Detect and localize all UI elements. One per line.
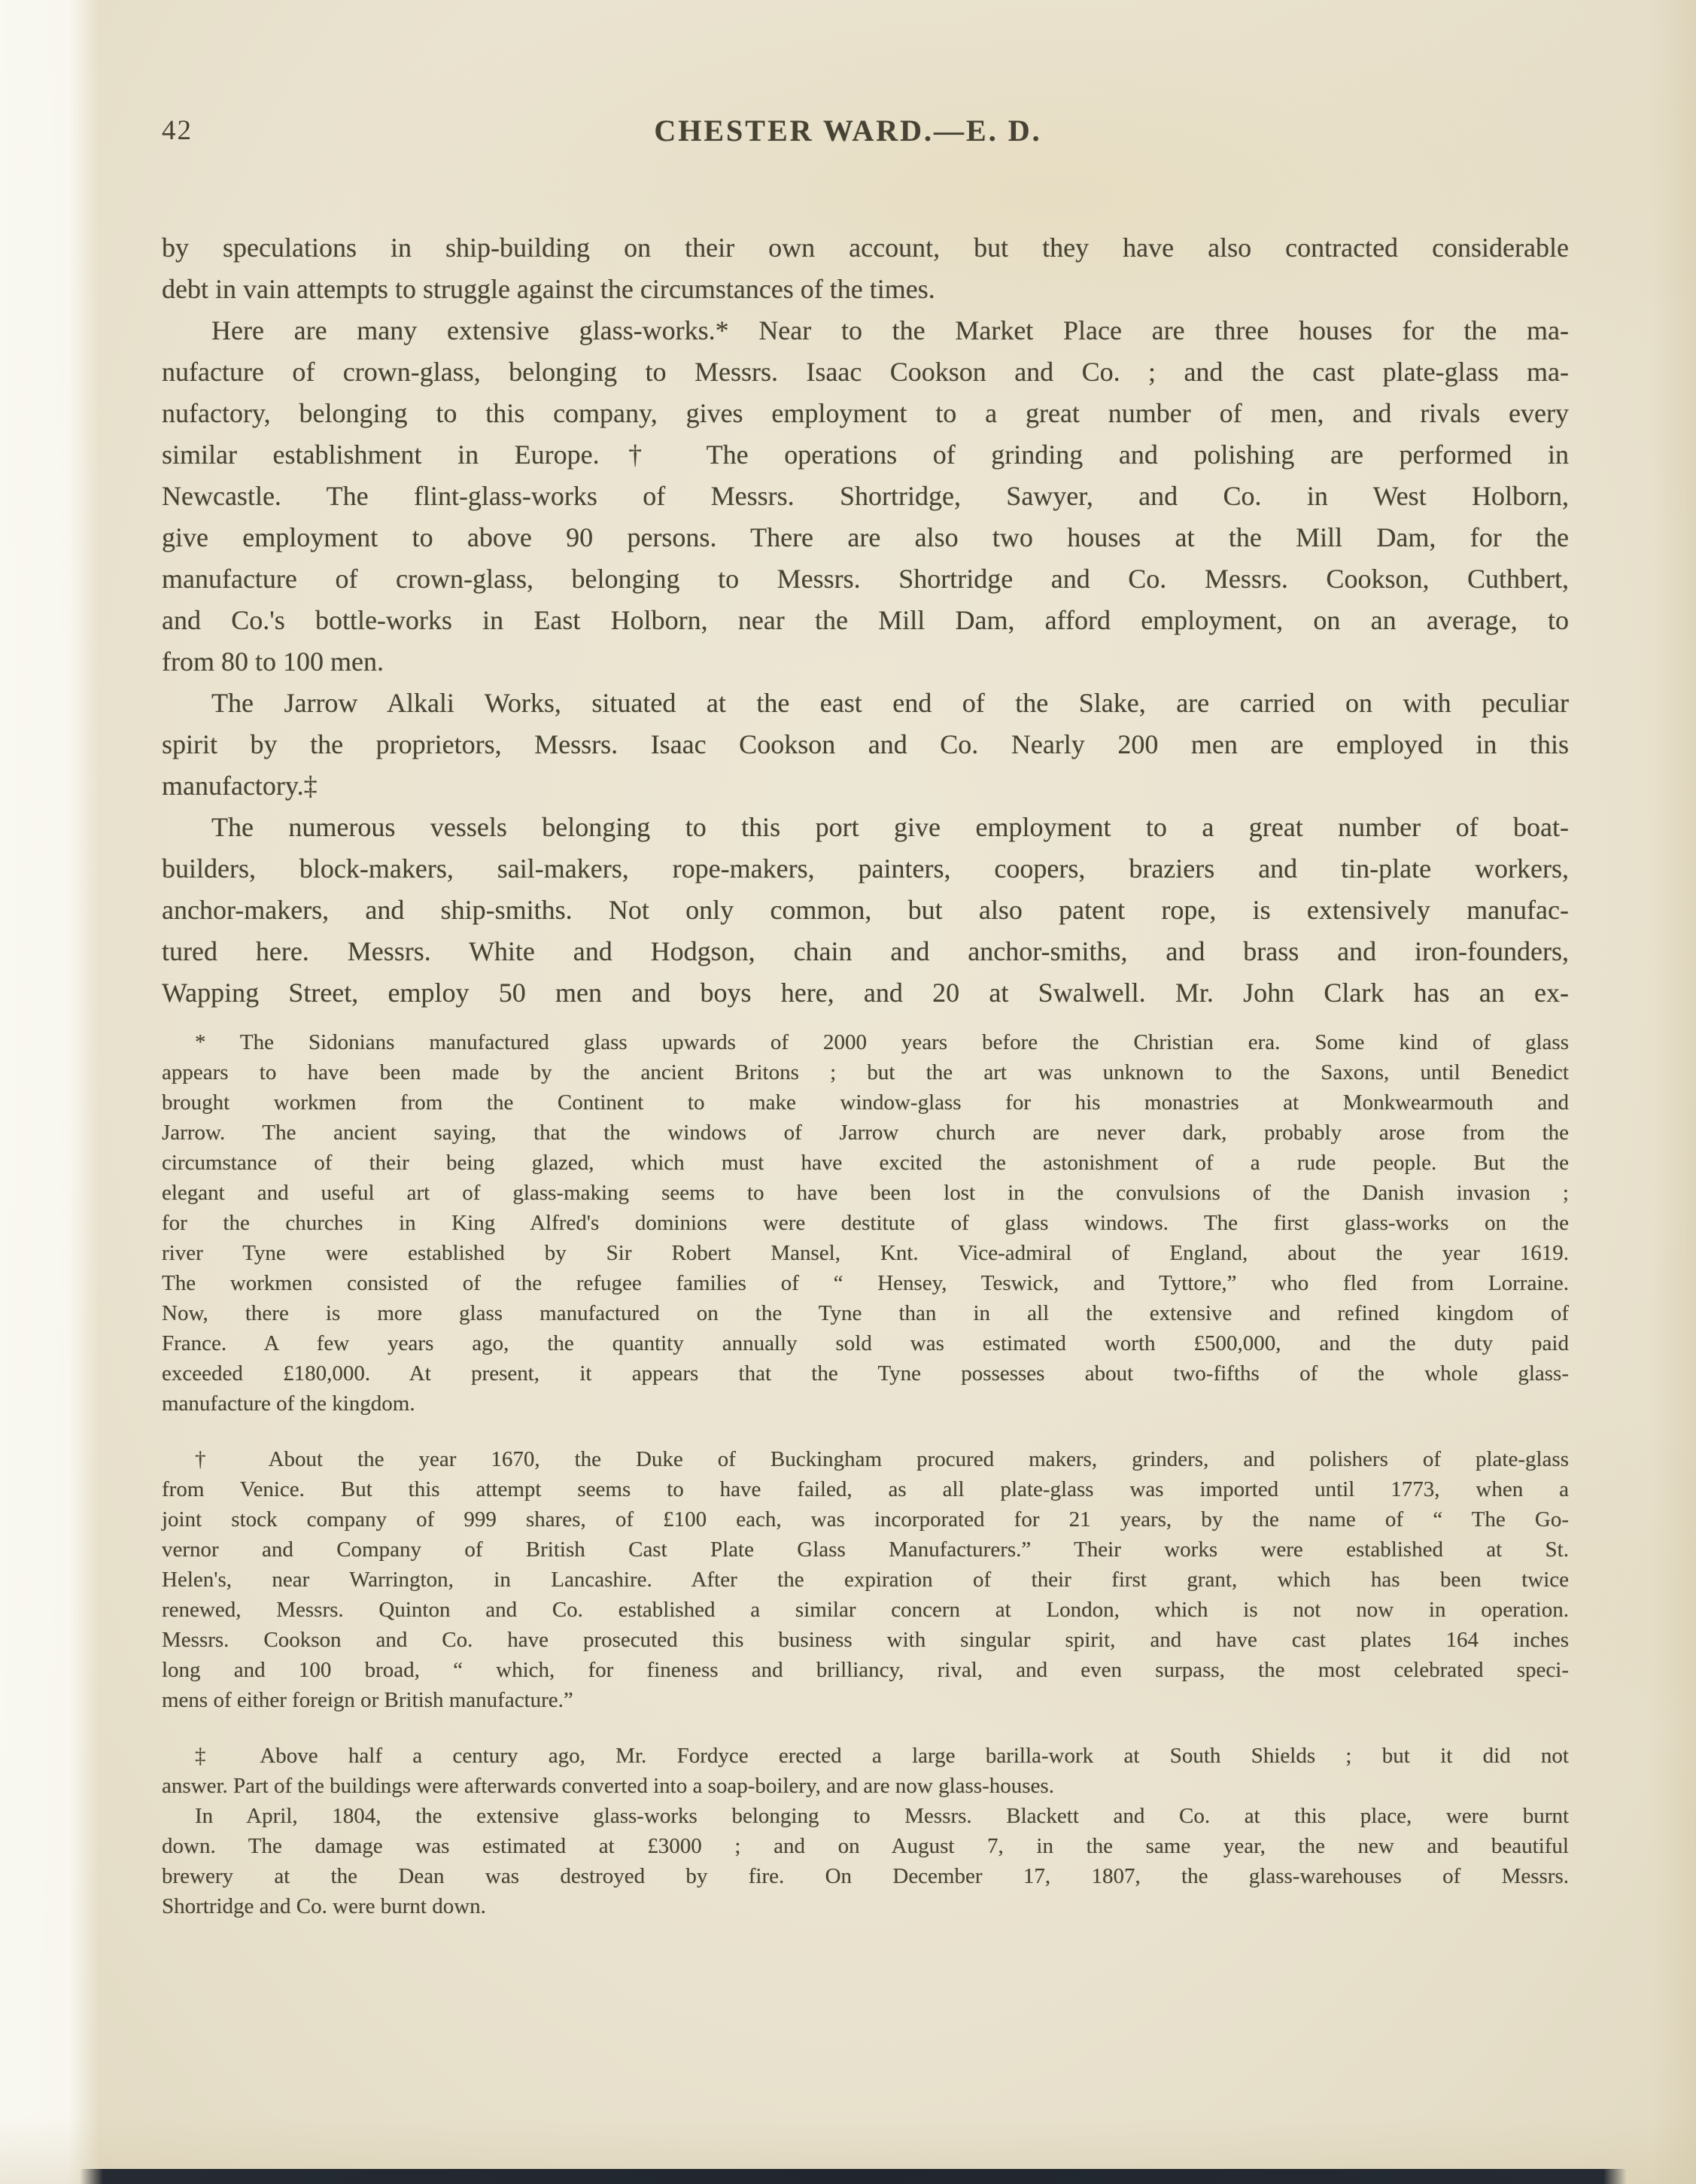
text-line: spirit by the proprietors, Messrs. Isaac… [162,724,1569,765]
text-line: debt in vain attempts to struggle agains… [162,269,1569,310]
text-line: and Co.'s bottle-works in East Holborn, … [162,600,1569,641]
text-line: manufacture of the kingdom. [162,1389,1569,1419]
text-line: exceeded £180,000. At present, it appear… [162,1358,1569,1389]
text-line: Here are many extensive glass-works.* Ne… [162,310,1569,351]
text-line: The workmen consisted of the refugee fam… [162,1268,1569,1298]
text-line: * The Sidonians manufactured glass upwar… [162,1027,1569,1057]
paragraph: In April, 1804, the extensive glass-work… [162,1801,1569,1921]
text-line: Messrs. Cookson and Co. have prosecuted … [162,1625,1569,1655]
text-line: similar establishment in Europe.† The op… [162,434,1569,476]
footnote-asterisk: * The Sidonians manufactured glass upwar… [162,1027,1569,1419]
text-line: renewed, Messrs. Quinton and Co. establi… [162,1595,1569,1625]
paragraph: The numerous vessels belonging to this p… [162,807,1569,1014]
paragraph: by speculations in ship-building on thei… [162,227,1569,310]
text-line: circumstance of their being glazed, whic… [162,1148,1569,1178]
text-line: ‡ Above half a century ago, Mr. Fordyce … [162,1741,1569,1771]
text-line: long and 100 broad, “ which, for finenes… [162,1655,1569,1685]
text-line: elegant and useful art of glass-making s… [162,1178,1569,1208]
footnotes: * The Sidonians manufactured glass upwar… [162,1027,1569,1921]
text-line: brewery at the Dean was destroyed by fir… [162,1861,1569,1891]
text-line: from Venice. But this attempt seems to h… [162,1474,1569,1504]
text-line: down. The damage was estimated at £3000 … [162,1831,1569,1861]
page-number: 42 [162,114,193,147]
text-line: appears to have been made by the ancient… [162,1057,1569,1087]
text-line: joint stock company of 999 shares, of £1… [162,1504,1569,1535]
text-line: nufacture of crown-glass, belonging to M… [162,351,1569,393]
text-line: In April, 1804, the extensive glass-work… [162,1801,1569,1831]
paragraph: * The Sidonians manufactured glass upwar… [162,1027,1569,1419]
paragraph: The Jarrow Alkali Works, situated at the… [162,683,1569,807]
scan-bottom-shadow [80,2169,1627,2184]
paragraph: Here are many extensive glass-works.* Ne… [162,310,1569,683]
text-line: manufacture of crown-glass, belonging to… [162,558,1569,600]
paragraph: ‡ Above half a century ago, Mr. Fordyce … [162,1741,1569,1801]
text-line: Wapping Street, employ 50 men and boys h… [162,972,1569,1014]
text-line: Now, there is more glass manufactured on… [162,1298,1569,1328]
text-line: Shortridge and Co. were burnt down. [162,1891,1569,1921]
scanned-page: 42 CHESTER WARD.—E. D. by speculations i… [0,0,1696,2184]
text-line: manufactory.‡ [162,765,1569,807]
text-line: The numerous vessels belonging to this p… [162,807,1569,848]
text-line: nufactory, belonging to this company, gi… [162,393,1569,434]
text-line: river Tyne were established by Sir Rober… [162,1238,1569,1268]
text-line: Jarrow. The ancient saying, that the win… [162,1118,1569,1148]
text-line: for the churches in King Alfred's domini… [162,1208,1569,1238]
page-header: 42 CHESTER WARD.—E. D. [0,0,1696,151]
text-line: Newcastle. The flint-glass-works of Mess… [162,476,1569,517]
text-line: by speculations in ship-building on thei… [162,227,1569,269]
text-line: from 80 to 100 men. [162,641,1569,683]
text-line: answer. Part of the buildings were after… [162,1771,1569,1801]
text-line: France. A few years ago, the quantity an… [162,1328,1569,1358]
text-line: Helen's, near Warrington, in Lancashire.… [162,1565,1569,1595]
running-title: CHESTER WARD.—E. D. [0,113,1696,148]
text-line: tured here. Messrs. White and Hodgson, c… [162,931,1569,972]
text-line: vernor and Company of British Cast Plate… [162,1535,1569,1565]
text-line: builders, block-makers, sail-makers, rop… [162,848,1569,890]
text-line: mens of either foreign or British manufa… [162,1685,1569,1715]
text-line: anchor-makers, and ship-smiths. Not only… [162,890,1569,931]
text-line: The Jarrow Alkali Works, situated at the… [162,683,1569,724]
footnote-dagger: † About the year 1670, the Duke of Bucki… [162,1444,1569,1715]
paragraph: † About the year 1670, the Duke of Bucki… [162,1444,1569,1715]
text-line: † About the year 1670, the Duke of Bucki… [162,1444,1569,1474]
body-text: by speculations in ship-building on thei… [162,227,1569,1014]
footnote-double-dagger: ‡ Above half a century ago, Mr. Fordyce … [162,1741,1569,1921]
text-line: brought workmen from the Continent to ma… [162,1087,1569,1118]
text-line: give employment to above 90 persons. The… [162,517,1569,558]
